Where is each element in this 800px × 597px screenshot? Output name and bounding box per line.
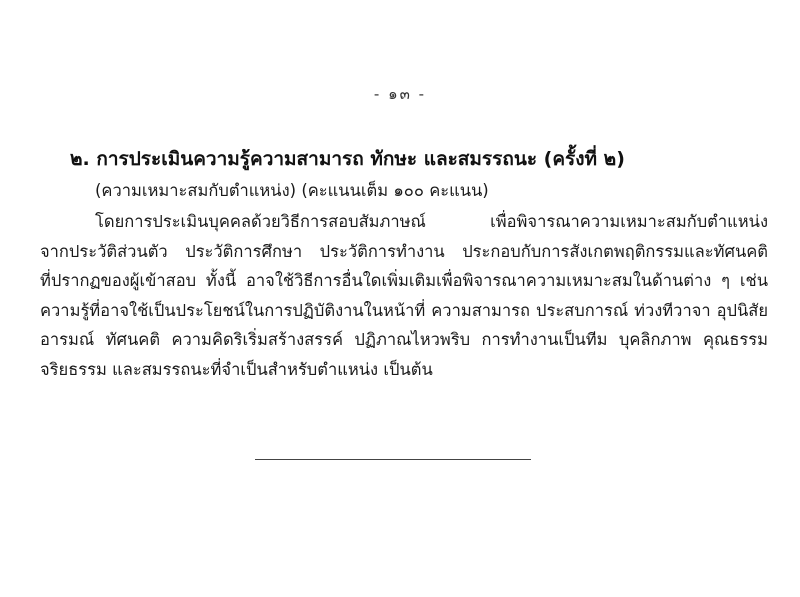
section-title: ๒. การประเมินความรู้ความสามารถ ทักษะ และ… bbox=[70, 144, 625, 174]
body-line: อารมณ์ ทัศนคติ ความคิดริเริ่มสร้างสรรค์ … bbox=[40, 325, 768, 355]
body-line: ที่ปรากฏของผู้เข้าสอบ ทั้งนี้ อาจใช้วิธี… bbox=[40, 266, 768, 296]
body-line: ความรู้ที่อาจใช้เป็นประโยชน์ในการปฏิบัติ… bbox=[40, 296, 768, 326]
body-line: โดยการประเมินบุคคลด้วยวิธีการสอบสัมภาษณ์… bbox=[40, 207, 768, 237]
section-subtitle: (ความเหมาะสมกับตำแหน่ง) (คะแนนเต็ม ๑๐๐ ค… bbox=[95, 178, 489, 204]
body-line: จริยธรรม และสมรรถนะที่จำเป็นสำหรับตำแหน่… bbox=[40, 355, 768, 385]
body-line: จากประวัติส่วนตัว ประวัติการศึกษา ประวัต… bbox=[40, 237, 768, 267]
body-paragraph: โดยการประเมินบุคคลด้วยวิธีการสอบสัมภาษณ์… bbox=[40, 207, 768, 384]
page-number: - ๑๓ - bbox=[0, 82, 800, 106]
end-divider-line bbox=[255, 459, 531, 460]
